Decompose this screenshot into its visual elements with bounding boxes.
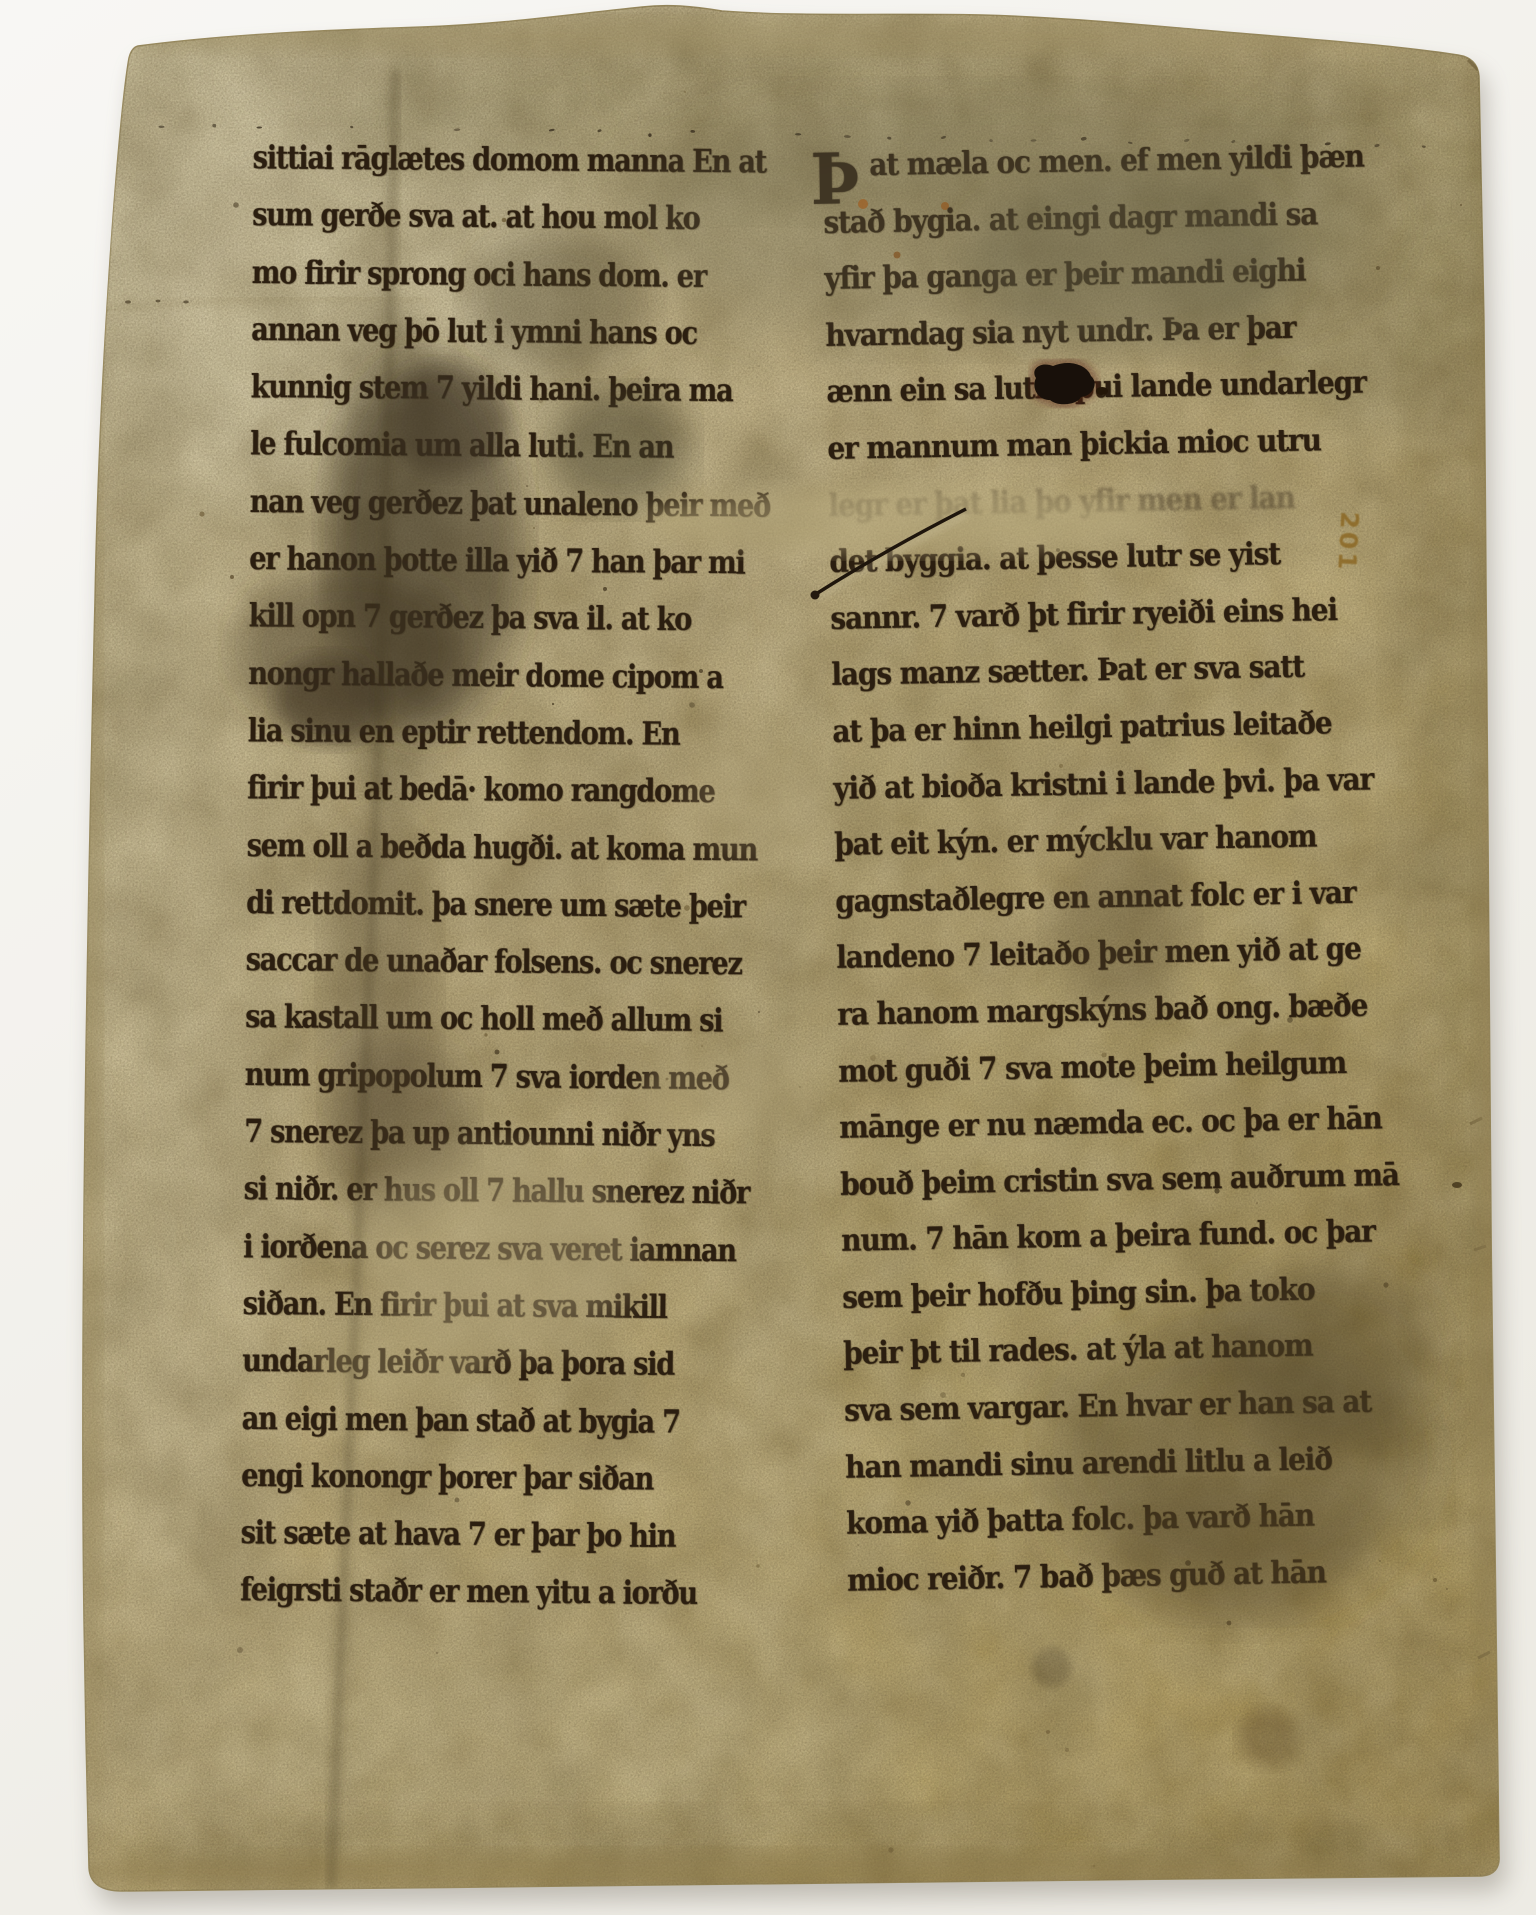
text-line: sem oll a beðda hugði. at koma mun	[246, 817, 688, 878]
text-line: num gripopolum 7 sva iorden með	[244, 1046, 686, 1107]
text-line: sem þeir hofðu þing sin. þa toko	[842, 1261, 1347, 1326]
text-column-left: sittiai rāglætes domom manna En atsum ge…	[240, 129, 773, 1623]
text-line: ænn ein sa lutr i þui lande undarlegr	[826, 356, 1331, 421]
text-line: yfir þa ganga er þeir mandi eighi	[824, 242, 1329, 307]
text-line: yið at bioða kristni i lande þvi. þa var	[833, 752, 1338, 817]
text-layer: Þ sittiai rāglætes domom manna En atsum …	[0, 0, 1536, 1915]
text-line: nongr hallaðe meir dome cipom a	[248, 645, 690, 706]
text-line: er mannum man þickia mioc utru	[827, 412, 1332, 477]
text-column-right: at mæla oc men. ef men yildi þænstað byg…	[822, 128, 1408, 1609]
text-line: gagnstaðlegre en annat folc er i var	[835, 865, 1340, 930]
text-line: det byggia. at þesse lutr se yist	[829, 525, 1334, 590]
text-line: stað bygia. at eingi dagr mandi sa	[823, 186, 1328, 251]
text-line: le fulcomia um alla luti. En an	[250, 415, 692, 476]
text-line: mot guði 7 sva mote þeim heilgum	[838, 1035, 1343, 1100]
text-line: mo firir sprong oci hans dom. er	[251, 244, 693, 305]
text-line: hvarndag sia nyt undr. Þa er þar	[825, 299, 1330, 364]
text-line: er hanon þotte illa yið 7 han þar mi	[249, 530, 691, 591]
manuscript-photo: Þ sittiai rāglætes domom manna En atsum …	[0, 0, 1536, 1915]
text-line: at þa er hinn heilgi patrius leitaðe	[832, 695, 1337, 760]
text-line: þeir þt til rades. at ýla at hanom	[843, 1317, 1348, 1382]
text-line: num. 7 hān kom a þeira fund. oc þar	[841, 1204, 1346, 1269]
text-line: engi konongr þorer þar siðan	[241, 1447, 683, 1508]
text-line: mioc reiðr. 7 bað þæs guð at hān	[847, 1544, 1352, 1609]
text-line: an eigi men þan stað at bygia 7	[241, 1389, 683, 1450]
folio-number-marginalia: 201	[1334, 511, 1365, 546]
text-line: sum gerðe sva at. at hou mol ko	[252, 186, 694, 247]
text-line: sit sæte at hava 7 er þar þo hin	[240, 1504, 682, 1565]
text-line: lia sinu en eptir rettendom. En	[247, 702, 689, 763]
text-line: siðan. En firir þui at sva mikill	[242, 1275, 684, 1336]
text-line: saccar de unaðar folsens. oc snerez	[245, 931, 687, 992]
text-line: di rettdomit. þa snere um sæte þeir	[246, 874, 688, 935]
text-line: sannr. 7 varð þt firir ryeiði eins hei	[830, 582, 1335, 647]
text-line: lags manz sætter. Þat er sva satt	[831, 638, 1336, 703]
text-line: ra hanom margskýns bað ong. bæðe	[837, 978, 1342, 1043]
text-line: þat eit kýn. er mýcklu var hanom	[834, 808, 1339, 873]
text-line: koma yið þatta folc. þa varð hān	[846, 1487, 1351, 1552]
text-line: mānge er nu næmda ec. oc þa er hān	[839, 1091, 1344, 1156]
text-line: sva sem vargar. En hvar er han sa at	[844, 1374, 1349, 1439]
text-line: firir þui at bedā· komo rangdome	[247, 759, 689, 820]
text-line: at mæla oc men. ef men yildi þæn	[822, 129, 1327, 194]
text-line: undarleg leiðr varð þa þora sid	[242, 1332, 684, 1393]
text-line: annan veg þō lut i ymni hans oc	[251, 301, 693, 362]
text-line: i iorðena oc serez sva veret iamnan	[243, 1218, 685, 1279]
text-line: bouð þeim cristin sva sem auðrum mā	[840, 1148, 1345, 1213]
text-line: si niðr. er hus oll 7 hallu snerez niðr	[243, 1160, 685, 1221]
text-line: landeno 7 leitaðo þeir men yið at ge	[836, 921, 1341, 986]
text-line: kunnig stem 7 yildi hani. þeira ma	[250, 358, 692, 419]
text-line: sittiai rāglætes domom manna En at	[253, 129, 695, 190]
text-line: feigrsti staðr er men yitu a iorðu	[240, 1561, 682, 1622]
text-line: sa kastall um oc holl með allum si	[245, 988, 687, 1049]
text-line: kill opn 7 gerðez þa sva il. at ko	[248, 587, 690, 648]
text-line: legr er þat lia þo yfir men er lan	[828, 469, 1333, 534]
text-line: 7 snerez þa up antiounni niðr yns	[244, 1103, 686, 1164]
text-line: nan veg gerðez þat unaleno þeir með	[249, 473, 691, 534]
text-line: han mandi sinu arendi litlu a leið	[845, 1431, 1350, 1496]
